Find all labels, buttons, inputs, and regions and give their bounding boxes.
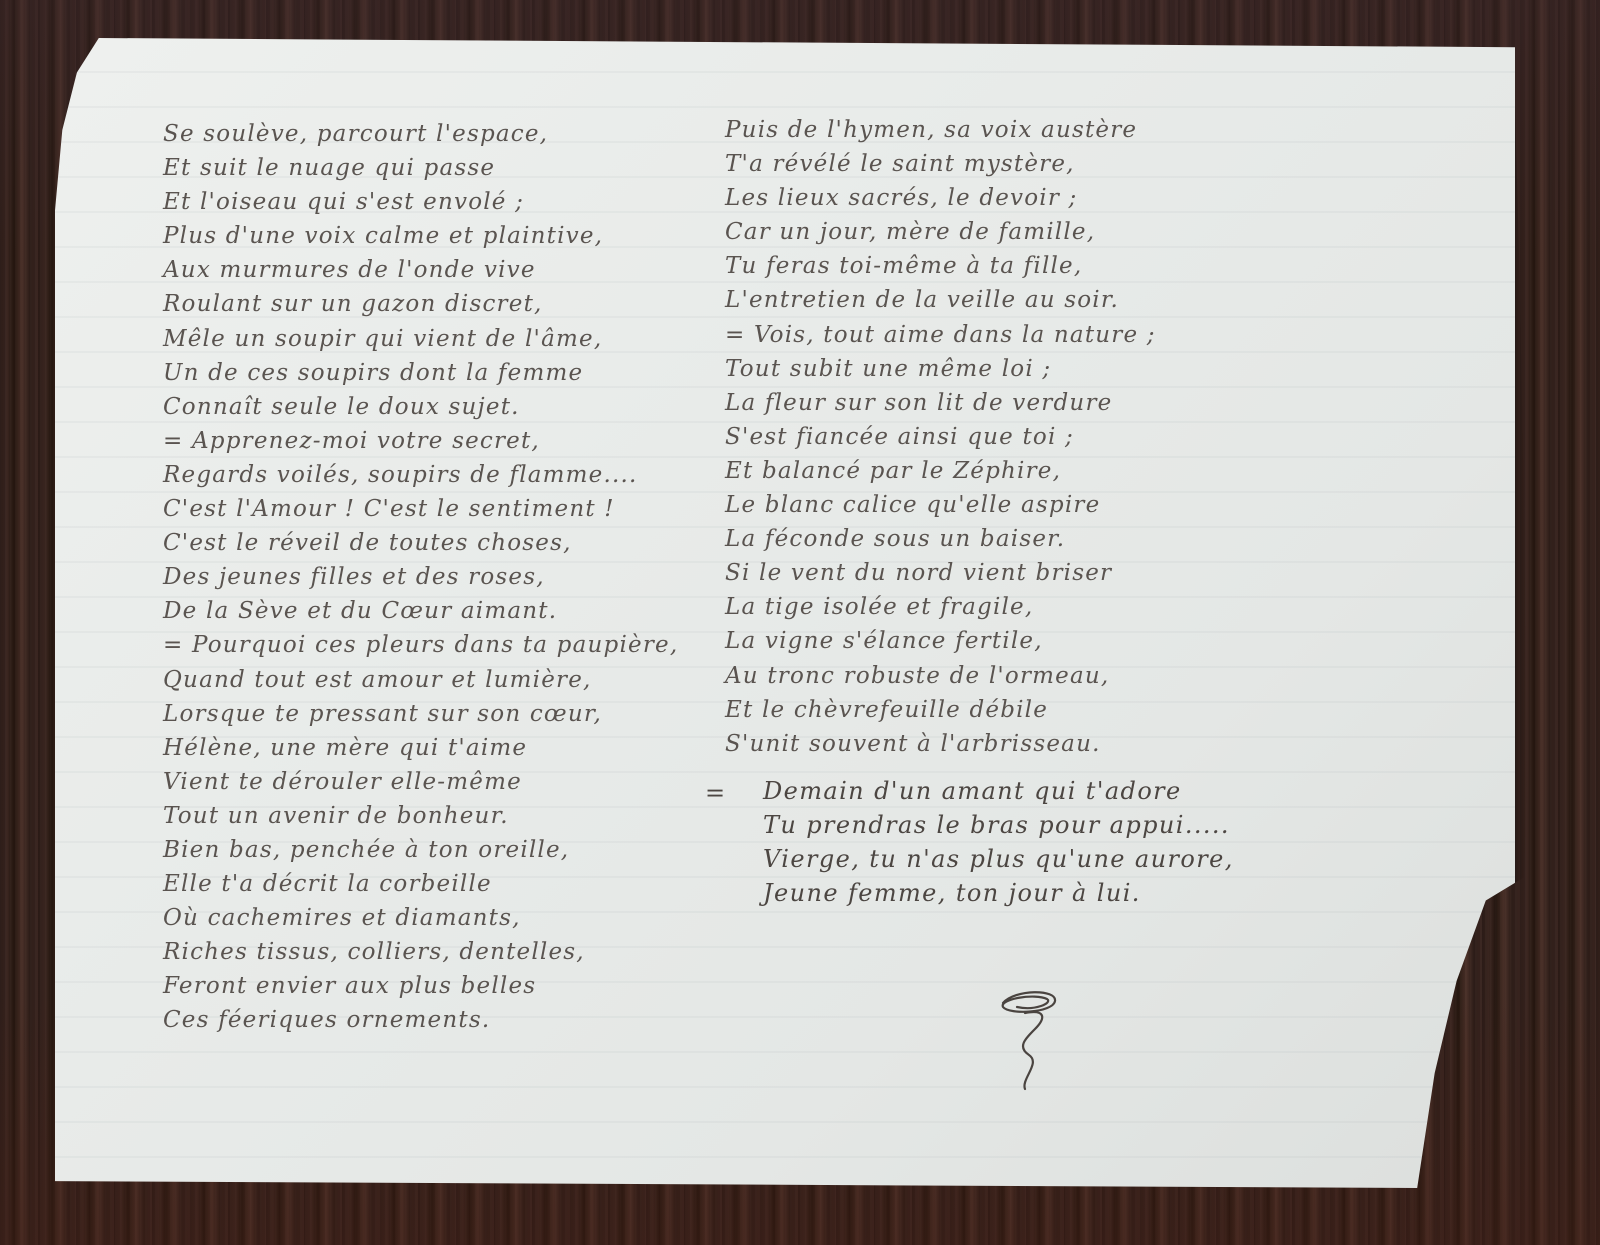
flourish-icon	[995, 985, 1065, 1095]
poem-line: Bien bas, penchée à ton oreille,	[163, 833, 678, 867]
poem-line: Riches tissus, colliers, dentelles,	[163, 935, 678, 969]
poem-line: La vigne s'élance fertile,	[725, 624, 1156, 658]
poem-line: Lorsque te pressant sur son cœur,	[163, 697, 678, 731]
poem-line: Roulant sur un gazon discret,	[163, 287, 678, 321]
poem-line: S'est fiancée ainsi que toi ;	[725, 420, 1156, 454]
poem-line: Les lieux sacrés, le devoir ;	[725, 181, 1156, 215]
poem-line: Aux murmures de l'onde vive	[163, 253, 678, 287]
left-column-poem: Se soulève, parcourt l'espace, Et suit l…	[163, 117, 678, 1038]
poem-line: Où cachemires et diamants,	[163, 901, 678, 935]
poem-line: T'a révélé le saint mystère,	[725, 147, 1156, 181]
right-column-poem: Puis de l'hymen, sa voix austère T'a rév…	[725, 113, 1156, 761]
poem-line: Ces féeriques ornements.	[163, 1003, 678, 1037]
poem-line: Vierge, tu n'as plus qu'une aurore,	[763, 842, 1234, 876]
poem-line: Si le vent du nord vient briser	[725, 556, 1156, 590]
poem-line: Car un jour, mère de famille,	[725, 215, 1156, 249]
poem-line: De la Sève et du Cœur aimant.	[163, 594, 678, 628]
stanza-dash: =	[705, 776, 727, 810]
poem-line: Elle t'a décrit la corbeille	[163, 867, 678, 901]
poem-line: Connaît seule le doux sujet.	[163, 390, 678, 424]
poem-line: Hélène, une mère qui t'aime	[163, 731, 678, 765]
poem-line: Et suit le nuage qui passe	[163, 151, 678, 185]
poem-line: Puis de l'hymen, sa voix austère	[725, 113, 1156, 147]
poem-line: Jeune femme, ton jour à lui.	[763, 876, 1234, 910]
poem-line: Mêle un soupir qui vient de l'âme,	[163, 322, 678, 356]
poem-line: Et balancé par le Zéphire,	[725, 454, 1156, 488]
poem-line: = Pourquoi ces pleurs dans ta paupière,	[163, 628, 678, 662]
poem-line: Feront envier aux plus belles	[163, 969, 678, 1003]
poem-line: S'unit souvent à l'arbrisseau.	[725, 727, 1156, 761]
poem-line: Quand tout est amour et lumière,	[163, 663, 678, 697]
poem-line: La féconde sous un baiser.	[725, 522, 1156, 556]
poem-line: Au tronc robuste de l'ormeau,	[725, 659, 1156, 693]
poem-line: Des jeunes filles et des roses,	[163, 560, 678, 594]
poem-line: Demain d'un amant qui t'adore	[763, 774, 1234, 808]
poem-line: Tu feras toi-même à ta fille,	[725, 249, 1156, 283]
poem-line: Tu prendras le bras pour appui.....	[763, 808, 1234, 842]
poem-line: L'entretien de la veille au soir.	[725, 283, 1156, 317]
poem-line: = Vois, tout aime dans la nature ;	[725, 318, 1156, 352]
poem-line: C'est le réveil de toutes choses,	[163, 526, 678, 560]
poem-line: = Apprenez-moi votre secret,	[163, 424, 678, 458]
poem-line: Vient te dérouler elle-même	[163, 765, 678, 799]
poem-line: Se soulève, parcourt l'espace,	[163, 117, 678, 151]
poem-line: Plus d'une voix calme et plaintive,	[163, 219, 678, 253]
poem-line: Tout subit une même loi ;	[725, 352, 1156, 386]
poem-line: Regards voilés, soupirs de flamme....	[163, 458, 678, 492]
poem-line: Le blanc calice qu'elle aspire	[725, 488, 1156, 522]
poem-line: La tige isolée et fragile,	[725, 590, 1156, 624]
poem-line: Un de ces soupirs dont la femme	[163, 356, 678, 390]
poem-line: Et l'oiseau qui s'est envolé ;	[163, 185, 678, 219]
poem-line: C'est l'Amour ! C'est le sentiment !	[163, 492, 678, 526]
poem-line: Et le chèvrefeuille débile	[725, 693, 1156, 727]
poem-line: La fleur sur son lit de verdure	[725, 386, 1156, 420]
poem-line: Tout un avenir de bonheur.	[163, 799, 678, 833]
final-stanza: = Demain d'un amant qui t'adore Tu prend…	[705, 774, 1234, 910]
